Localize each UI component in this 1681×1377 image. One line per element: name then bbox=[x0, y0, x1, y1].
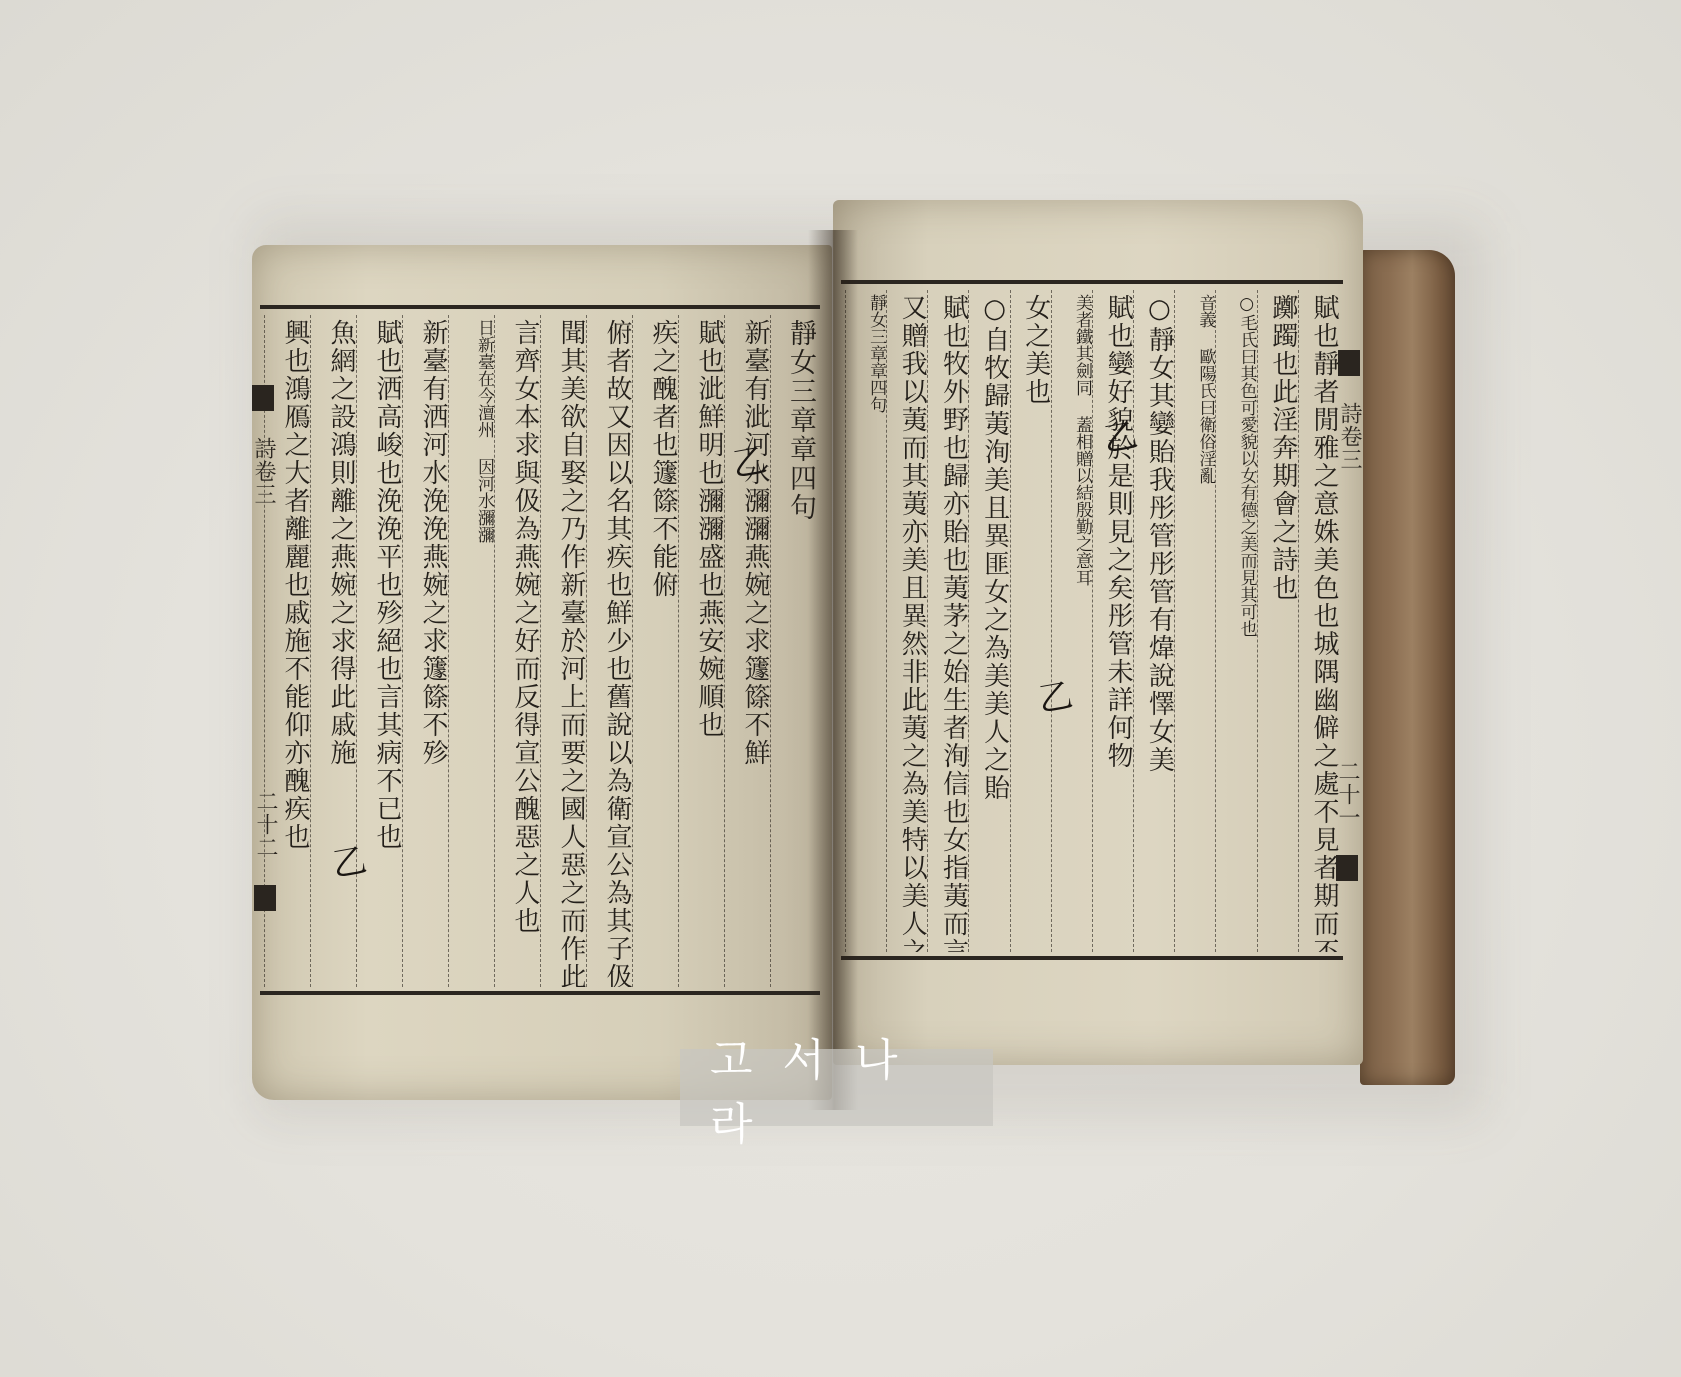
left-margin-title: 詩卷三 bbox=[248, 385, 279, 506]
left-page-number: 二十二 bbox=[250, 790, 281, 911]
fishtail-mark-icon bbox=[254, 885, 276, 911]
text-column: 言齊女本求與伋為燕婉之好而反得宣公醜惡之人也 bbox=[494, 315, 540, 987]
text-column: 賦也牧外野也歸亦貽也荑茅之始生者洵信也女指荑而言也 bbox=[927, 290, 968, 952]
open-book: 靜女三章章四句 新臺有泚河水瀰瀰燕婉之求籧篨不鮮 賦也泚鮮明也瀰瀰盛也燕安婉順也… bbox=[248, 200, 1478, 1110]
right-page-columns: 賦也靜者閒雅之意姝美色也城隅幽僻之處不見者期而不至也踟躕猶 躑躅也此淫奔期會之詩… bbox=[845, 290, 1339, 952]
text-column: 聞其美欲自娶之乃作新臺於河上而要之國人惡之而作此詩以刺之 bbox=[540, 315, 586, 987]
text-column-commentary: 音義 歐陽氏曰衛俗淫亂 bbox=[1174, 290, 1215, 952]
book-fore-edge bbox=[1360, 250, 1455, 1085]
left-page-print-frame: 靜女三章章四句 新臺有泚河水瀰瀰燕婉之求籧篨不鮮 賦也泚鮮明也瀰瀰盛也燕安婉順也… bbox=[260, 305, 820, 995]
watermark-text: 고서나라 bbox=[680, 1024, 993, 1152]
right-page: 賦也靜者閒雅之意姝美色也城隅幽僻之處不見者期而不至也踟躕猶 躑躅也此淫奔期會之詩… bbox=[833, 200, 1363, 1065]
margin-title-text: 詩卷三 bbox=[1337, 402, 1362, 471]
text-column: 新臺有洒河水浼浼燕婉之求籧篨不殄 bbox=[402, 315, 448, 987]
margin-title-text: 詩卷三 bbox=[251, 437, 276, 506]
text-column: 疾之醜者也籧篨不能俯 bbox=[632, 315, 678, 987]
text-column: 賦也泚鮮明也瀰瀰盛也燕安婉順也 bbox=[678, 315, 724, 987]
fishtail-mark-icon bbox=[1338, 350, 1360, 376]
book-gutter bbox=[808, 230, 858, 1110]
text-column: 魚網之設鴻則離之燕婉之求得此戚施 bbox=[310, 315, 356, 987]
text-column: 俯者故又因以名其疾也鮮少也舊說以為衛宣公為其子伋娶於齊而 bbox=[586, 315, 632, 987]
right-page-number: 二十一 bbox=[1332, 760, 1363, 881]
photo-scene: 靜女三章章四句 新臺有泚河水瀰瀰燕婉之求籧篨不鮮 賦也泚鮮明也瀰瀰盛也燕安婉順也… bbox=[0, 0, 1681, 1377]
fishtail-mark-icon bbox=[1336, 855, 1358, 881]
right-margin-title: 詩卷三 bbox=[1334, 350, 1365, 471]
left-page-columns: 靜女三章章四句 新臺有泚河水瀰瀰燕婉之求籧篨不鮮 賦也泚鮮明也瀰瀰盛也燕安婉順也… bbox=[264, 315, 816, 987]
fishtail-mark-icon bbox=[252, 385, 274, 411]
left-page: 靜女三章章四句 新臺有泚河水瀰瀰燕婉之求籧篨不鮮 賦也泚鮮明也瀰瀰盛也燕安婉順也… bbox=[252, 245, 832, 1100]
text-column-commentary: 日新臺在今澶州 因河水瀰瀰 bbox=[448, 315, 494, 987]
page-number-text: 二十一 bbox=[1335, 760, 1360, 829]
text-column-commentary: 美者鐵其劍同 蓋相贈以結殷勤之意耳 bbox=[1051, 290, 1092, 952]
text-column: 女之美也 bbox=[1010, 290, 1051, 952]
text-column: 又贈我以荑而其荑亦美且異然非此荑之為美特以美人之所贈故其物 bbox=[886, 290, 927, 952]
text-column: 躑躅也此淫奔期會之詩也 bbox=[1257, 290, 1298, 952]
text-column: ○自牧歸荑洵美且異匪女之為美美人之貽 bbox=[968, 290, 1009, 952]
watermark: 고서나라 bbox=[680, 1049, 993, 1126]
text-column: 賦也洒高峻也浼浼平也殄絕也言其病不已也 bbox=[356, 315, 402, 987]
right-page-print-frame: 賦也靜者閒雅之意姝美色也城隅幽僻之處不見者期而不至也踟躕猶 躑躅也此淫奔期會之詩… bbox=[841, 280, 1343, 960]
text-column: ○靜女其孌貽我彤管彤管有煒說懌女美 bbox=[1133, 290, 1174, 952]
text-column: 新臺有泚河水瀰瀰燕婉之求籧篨不鮮 bbox=[724, 315, 770, 987]
page-number-text: 二十二 bbox=[253, 790, 278, 859]
text-column: 賦也孌好貌於是則見之矣彤管未詳何物 bbox=[1092, 290, 1133, 952]
text-column-commentary: ○毛氏曰其色可愛貌以女有德之美而見其可也 bbox=[1215, 290, 1256, 952]
